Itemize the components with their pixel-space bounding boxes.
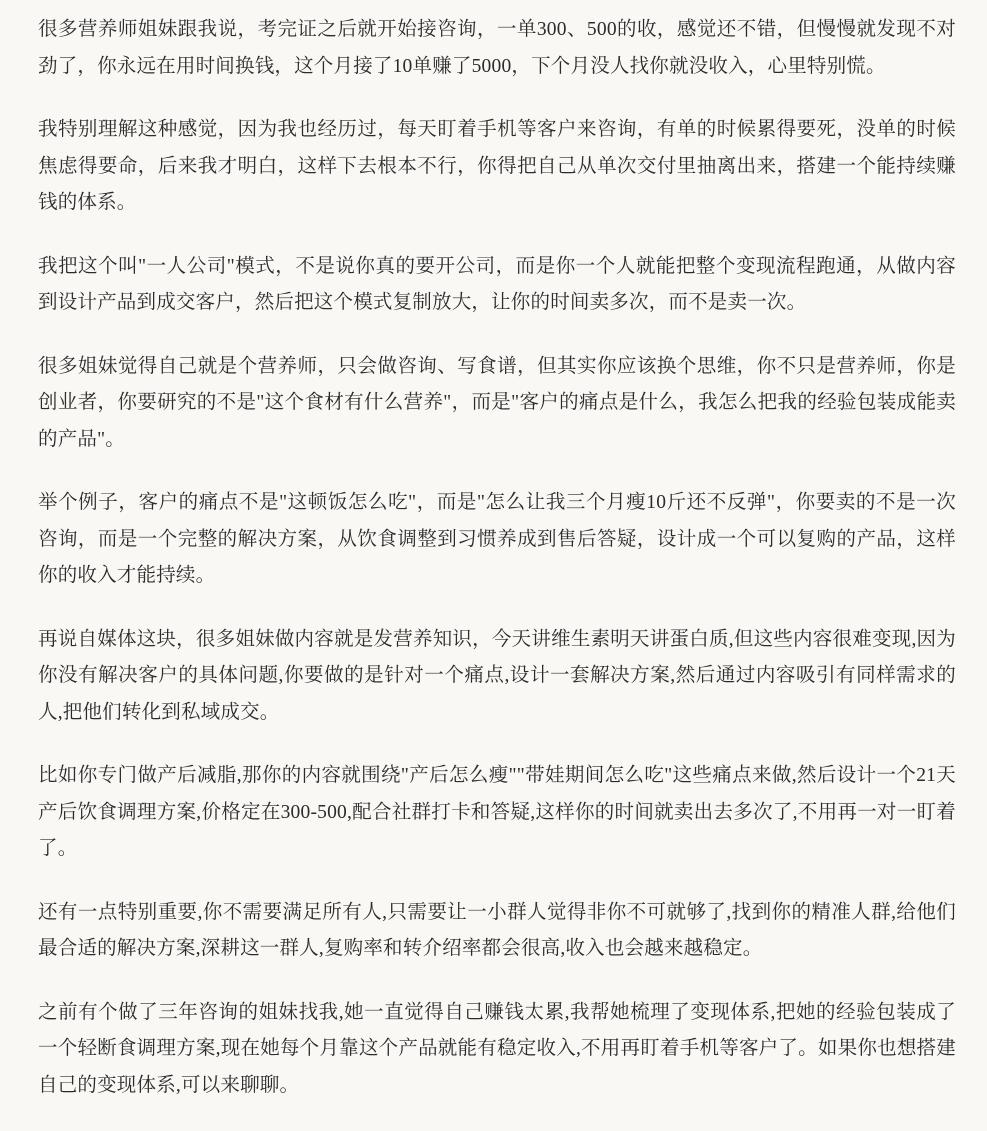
paragraph-5: 举个例子，客户的痛点不是"这顿饭怎么吃"，而是"怎么让我三个月瘦10斤还不反弹"… [38,485,956,595]
article-body: 很多营养师姐妹跟我说，考完证之后就开始接咨询，一单300、500的收，感觉还不错… [38,12,956,1032]
paragraph-3: 我把这个叫"一人公司"模式，不是说你真的要开公司，而是你一个人就能把整个变现流程… [38,249,956,322]
paragraph-9: 之前有个做了三年咨询的姐妹找我,她一直觉得自己赚钱太累,我帮她梳理了变现体系,把… [38,995,956,1033]
paragraph-8: 还有一点特别重要,你不需要满足所有人,只需要让一小群人觉得非你不可就够了,找到你… [38,895,956,968]
paragraph-2: 我特别理解这种感觉，因为我也经历过，每天盯着手机等客户来咨询，有单的时候累得要死… [38,112,956,222]
paragraph-7: 比如你专门做产后减脂,那你的内容就围绕"产后怎么瘦""带娃期间怎么吃"这些痛点来… [38,758,956,868]
paragraph-4: 很多姐妹觉得自己就是个营养师，只会做咨询、写食谱，但其实你应该换个思维，你不只是… [38,349,956,459]
paragraph-6: 再说自媒体这块，很多姐妹做内容就是发营养知识，今天讲维生素明天讲蛋白质,但这些内… [38,622,956,732]
paragraph-1: 很多营养师姐妹跟我说，考完证之后就开始接咨询，一单300、500的收，感觉还不错… [38,12,956,85]
